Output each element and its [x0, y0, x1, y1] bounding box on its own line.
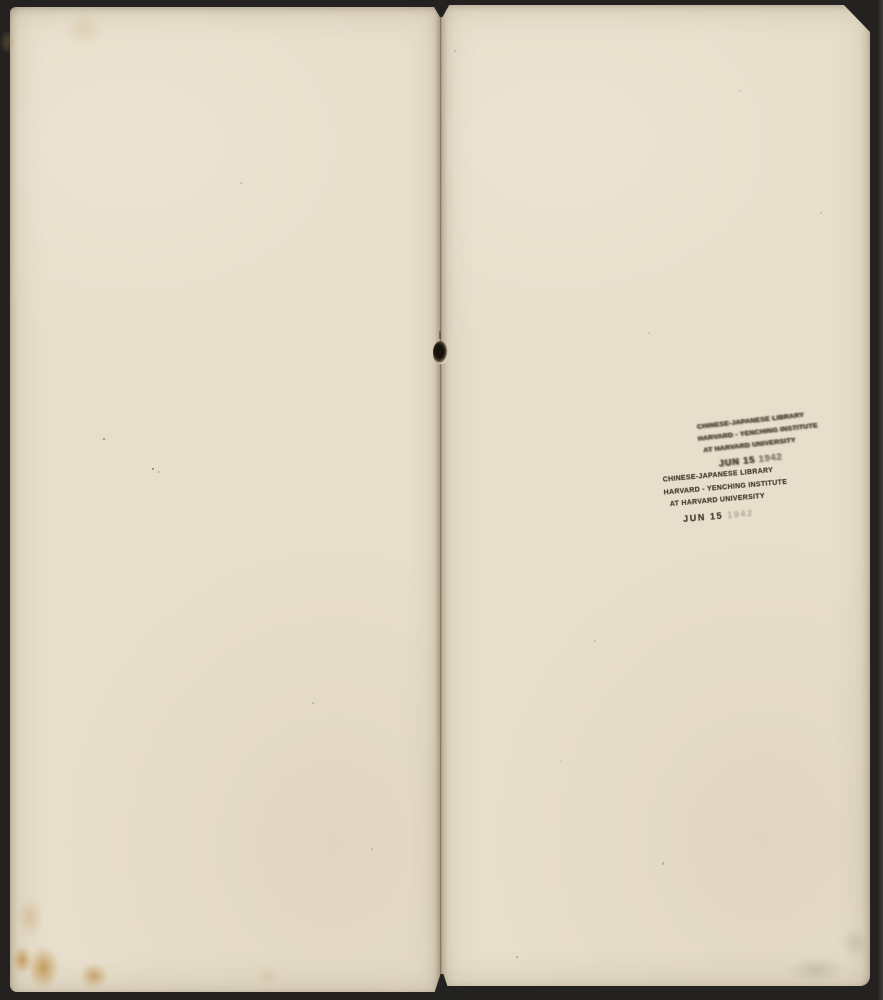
speck	[662, 862, 664, 865]
stain	[66, 13, 102, 47]
speck	[240, 182, 242, 184]
speck	[516, 956, 518, 958]
speck	[454, 50, 456, 52]
stain	[17, 897, 43, 937]
speck	[739, 90, 741, 92]
speck	[820, 212, 822, 214]
scanner-bed-edge	[877, 0, 883, 1000]
stain	[788, 958, 844, 982]
speck	[103, 438, 105, 440]
speck	[594, 640, 596, 642]
right-page	[441, 5, 870, 986]
speck	[648, 332, 650, 334]
left-page	[10, 7, 441, 992]
stain	[256, 966, 278, 986]
binding-hole	[433, 341, 448, 364]
stain	[0, 30, 15, 54]
speck	[312, 702, 314, 704]
speck	[560, 760, 561, 762]
page-gutter-fold	[435, 5, 447, 992]
speck	[152, 468, 154, 470]
fold-crease-mark	[439, 331, 441, 339]
speck	[158, 471, 159, 473]
speck	[371, 848, 373, 850]
library-stamp-lower: CHINESE-JAPANESE LIBRARY HARVARD - YENCH…	[662, 465, 771, 526]
stain	[80, 963, 108, 989]
stain	[842, 928, 868, 958]
scanned-book-spread: CHINESE-JAPANESE LIBRARY HARVARD - YENCH…	[0, 0, 883, 1000]
